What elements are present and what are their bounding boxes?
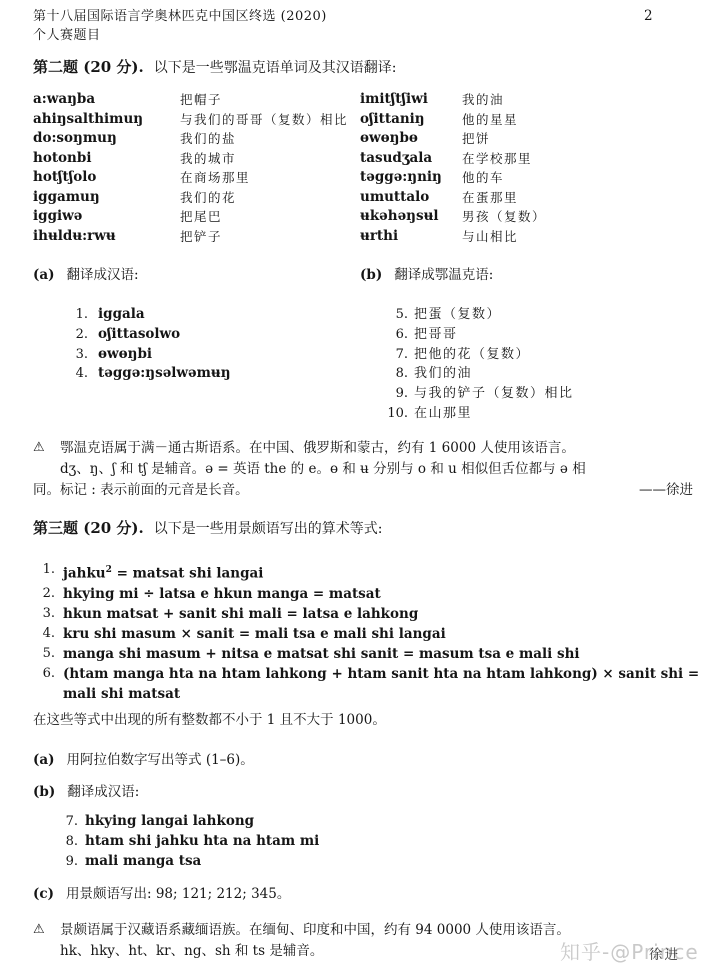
- item-number: 7.: [360, 345, 408, 365]
- item-number: 10.: [360, 404, 408, 424]
- page-number: 2: [644, 8, 653, 24]
- watermark-attribution: 徐进: [649, 943, 680, 963]
- vocab-gloss: 在商场那里: [180, 168, 360, 188]
- vocab-word: iggamuŋ: [33, 188, 180, 208]
- vocab-gloss: 把帽子: [180, 90, 360, 110]
- part-b-text: 翻译成汉语:: [67, 784, 139, 800]
- equation-row: 5.manga shi masum + nitsa e matsat shi s…: [33, 644, 699, 664]
- header-subtitle: 个人赛题目: [33, 26, 327, 45]
- equation-number: 5.: [33, 644, 55, 664]
- part-a-text: 用阿拉伯数字写出等式 (1–6)。: [67, 752, 254, 768]
- part-c-text: 用景颇语写出: 98; 121; 212; 345。: [66, 886, 290, 902]
- equation-row: 1.jahku2 = matsat shi langai: [33, 560, 699, 584]
- problem2-heading-text: 以下是一些鄂温克语单词及其汉语翻译:: [154, 60, 397, 76]
- equation-continuation: mali shi matsat: [33, 684, 699, 704]
- vocab-word: ɵwɵŋbɵ: [360, 129, 462, 149]
- vocab-word: oʃittaniŋ: [360, 110, 462, 130]
- vocab-word: ʉkəhəŋsʉl: [360, 207, 462, 227]
- vocab-gloss: 男孩（复数）: [462, 207, 693, 227]
- item-text: təggə:ŋsəlwəmʉŋ: [98, 364, 231, 384]
- item-number: 9.: [360, 384, 408, 404]
- equation-row: 6.(htam manga hta na htam lahkong + htam…: [33, 664, 699, 684]
- equation-text: jahku2 = matsat shi langai: [63, 560, 263, 584]
- part-a-text: 翻译成汉语:: [67, 267, 139, 283]
- problem3-part-c-title: (c)用景颇语写出: 98; 121; 212; 345。: [33, 882, 290, 902]
- header-title: 第十八届国际语言学奥林匹克中国区终选 (2020): [33, 7, 327, 26]
- problem3-heading: 第三题 (20 分).以下是一些用景颇语写出的算术等式:: [33, 517, 382, 538]
- note-line: dʒ、ŋ、ʃ 和 tʃ 是辅音。ə = 英语 the 的 e。ɵ 和 ʉ 分别与…: [33, 459, 693, 480]
- list-item: 9.mali manga tsa: [33, 852, 319, 872]
- problem2-heading: 第二题 (20 分).以下是一些鄂温克语单词及其汉语翻译:: [33, 56, 396, 77]
- vocab-word: təggə:ŋniŋ: [360, 168, 462, 188]
- vocab-gloss: 我的城市: [180, 149, 360, 169]
- problem3-part-b-list: 7.hkying langai lahkong 8.htam shi jahku…: [33, 812, 319, 871]
- list-item: 9.与我的铲子（复数）相比: [360, 384, 574, 404]
- item-number: 5.: [360, 305, 408, 325]
- equation-list: 1.jahku2 = matsat shi langai 2.hkying mi…: [33, 560, 699, 704]
- item-text: 与我的铲子（复数）相比: [414, 384, 574, 404]
- list-item: 2.oʃittasolwo: [33, 325, 231, 345]
- vocab-gloss: 与我们的哥哥（复数）相比: [180, 110, 360, 130]
- list-item: 10.在山那里: [360, 404, 574, 424]
- item-number: 2.: [33, 325, 88, 345]
- part-a-label: (a): [33, 752, 55, 768]
- warning-icon: ⚠: [33, 440, 45, 455]
- list-item: 1.iggala: [33, 305, 231, 325]
- list-item: 8.我们的油: [360, 364, 574, 384]
- item-text: 在山那里: [414, 404, 472, 424]
- item-number: 3.: [33, 345, 88, 365]
- vocab-gloss: 在学校那里: [462, 149, 693, 169]
- equation-word: jahku: [63, 566, 106, 582]
- item-number: 6.: [360, 325, 408, 345]
- vocab-word: tasudʒala: [360, 149, 462, 169]
- vocab-word: imitʃtʃiwi: [360, 90, 462, 110]
- header: 第十八届国际语言学奥林匹克中国区终选 (2020) 个人赛题目: [33, 7, 327, 45]
- item-text: 我们的油: [414, 364, 472, 384]
- equation-number: 6.: [33, 664, 55, 684]
- vocab-word: hotonbi: [33, 149, 180, 169]
- vocab-gloss: 我的油: [462, 90, 693, 110]
- item-text: 把蛋（复数）: [414, 305, 501, 325]
- list-item: 6.把哥哥: [360, 325, 574, 345]
- equation-number: 1.: [33, 560, 55, 584]
- vocab-table: a:waŋba把帽子imitʃtʃiwi我的油 ahiŋsalthimuŋ与我们…: [33, 90, 693, 246]
- item-number: 8.: [33, 832, 78, 852]
- equation-text: manga shi masum + nitsa e matsat shi san…: [63, 644, 580, 664]
- problem3-part-b-title: (b)翻译成汉语:: [33, 780, 139, 800]
- note-line: 同。标记 : 表示前面的元音是长音。 ——徐进: [33, 480, 693, 501]
- part-b-label: (b): [33, 784, 55, 800]
- item-number: 4.: [33, 364, 88, 384]
- item-text: iggala: [98, 305, 145, 325]
- equation-row: 3.hkun matsat + sanit shi mali = latsa e…: [33, 604, 699, 624]
- equation-text: kru shi masum × sanit = mali tsa e mali …: [63, 624, 446, 644]
- problem2-heading-number: 第二题 (20 分).: [33, 58, 144, 76]
- part-b-text: 翻译成鄂温克语:: [394, 267, 493, 283]
- vocab-word: ihʉldʉ:rwʉ: [33, 227, 180, 247]
- item-text: ɵwɵŋbi: [98, 345, 152, 365]
- equation-row: 4.kru shi masum × sanit = mali tsa e mal…: [33, 624, 699, 644]
- list-item: 3.ɵwɵŋbi: [33, 345, 231, 365]
- vocab-gloss: 他的星星: [462, 110, 693, 130]
- problem3-part-a-title: (a)用阿拉伯数字写出等式 (1–6)。: [33, 748, 254, 768]
- equation-rest: = matsat shi langai: [112, 566, 264, 582]
- ewenki-note: ⚠ 鄂温克语属于满－通古斯语系。在中国、俄罗斯和蒙古，约有 1 6000 人使用…: [33, 438, 693, 501]
- vocab-gloss: 与山相比: [462, 227, 693, 247]
- problem2-part-a-title: (a)翻译成汉语:: [33, 263, 139, 283]
- vocab-word: iggiwə: [33, 207, 180, 227]
- vocab-gloss: 我们的花: [180, 188, 360, 208]
- warning-icon: ⚠: [33, 922, 45, 937]
- problem3-heading-text: 以下是一些用景颇语写出的算术等式:: [154, 521, 383, 537]
- vocab-word: umuttalo: [360, 188, 462, 208]
- part-c-label: (c): [33, 886, 54, 902]
- item-text: hkying langai lahkong: [85, 812, 254, 832]
- equation-text: hkying mi ÷ latsa e hkun manga = matsat: [63, 584, 381, 604]
- vocab-gloss: 把饼: [462, 129, 693, 149]
- part-a-label: (a): [33, 267, 55, 283]
- document-page: 第十八届国际语言学奥林匹克中国区终选 (2020) 个人赛题目 2 第二题 (2…: [0, 0, 720, 979]
- vocab-gloss: 把铲子: [180, 227, 360, 247]
- note-line-text: 同。标记 : 表示前面的元音是长音。: [33, 480, 249, 501]
- item-number: 7.: [33, 812, 78, 832]
- vocab-word: ahiŋsalthimuŋ: [33, 110, 180, 130]
- vocab-word: hotʃtʃolo: [33, 168, 180, 188]
- problem2-part-b-list: 5.把蛋（复数） 6.把哥哥 7.把他的花（复数） 8.我们的油 9.与我的铲子…: [360, 305, 574, 424]
- list-item: 8.htam shi jahku hta na htam mi: [33, 832, 319, 852]
- item-number: 9.: [33, 852, 78, 872]
- item-number: 1.: [33, 305, 88, 325]
- equation-number: 2.: [33, 584, 55, 604]
- item-text: 把他的花（复数）: [414, 345, 530, 365]
- list-item: 5.把蛋（复数）: [360, 305, 574, 325]
- item-text: 把哥哥: [414, 325, 458, 345]
- equation-row: 2.hkying mi ÷ latsa e hkun manga = matsa…: [33, 584, 699, 604]
- equation-text: hkun matsat + sanit shi mali = latsa e l…: [63, 604, 418, 624]
- item-text: htam shi jahku hta na htam mi: [85, 832, 319, 852]
- problem2-part-b-title: (b)翻译成鄂温克语:: [360, 263, 493, 283]
- equation-number: 4.: [33, 624, 55, 644]
- problem2-part-a-list: 1.iggala 2.oʃittasolwo 3.ɵwɵŋbi 4.təggə:…: [33, 305, 231, 384]
- equation-number: 3.: [33, 604, 55, 624]
- item-number: 8.: [360, 364, 408, 384]
- note-line: 鄂温克语属于满－通古斯语系。在中国、俄罗斯和蒙古，约有 1 6000 人使用该语…: [33, 438, 693, 459]
- range-note: 在这些等式中出现的所有整数都不小于 1 且不大于 1000。: [33, 708, 386, 728]
- vocab-word: do:soŋmuŋ: [33, 129, 180, 149]
- item-text: oʃittasolwo: [98, 325, 180, 345]
- list-item: 7.hkying langai lahkong: [33, 812, 319, 832]
- vocab-gloss: 我们的盐: [180, 129, 360, 149]
- list-item: 4.təggə:ŋsəlwəmʉŋ: [33, 364, 231, 384]
- vocab-gloss: 把尾巴: [180, 207, 360, 227]
- vocab-gloss: 他的车: [462, 168, 693, 188]
- vocab-word: ʉrthi: [360, 227, 462, 247]
- item-text: mali manga tsa: [85, 852, 201, 872]
- vocab-gloss: 在蛋那里: [462, 188, 693, 208]
- list-item: 7.把他的花（复数）: [360, 345, 574, 365]
- note-attribution: ——徐进: [639, 480, 693, 501]
- vocab-word: a:waŋba: [33, 90, 180, 110]
- part-b-label: (b): [360, 267, 382, 283]
- problem3-heading-number: 第三题 (20 分).: [33, 519, 144, 537]
- equation-text: (htam manga hta na htam lahkong + htam s…: [63, 664, 699, 684]
